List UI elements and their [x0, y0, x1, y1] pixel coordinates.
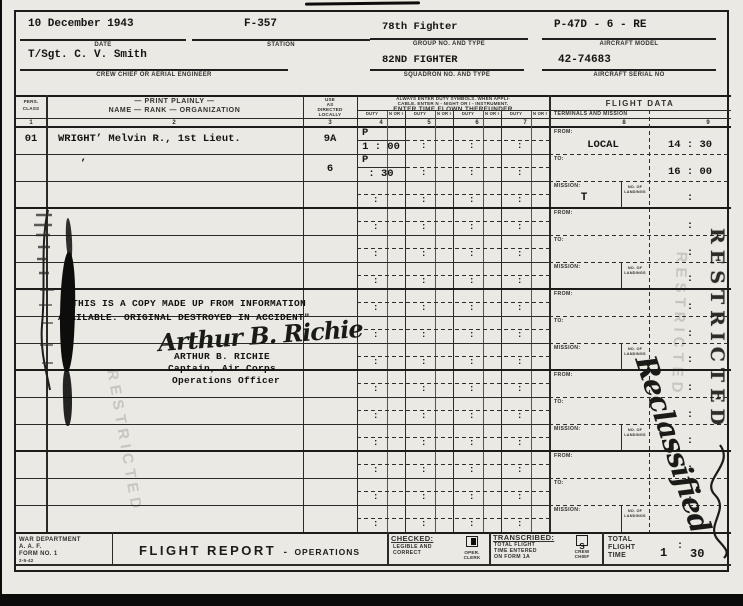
serial-value: 42-74683: [558, 55, 611, 66]
flight-mission-time: :: [649, 193, 731, 204]
footer-divider-4: [602, 532, 604, 564]
crew-chief-checkbox: S: [576, 535, 588, 546]
duty-subheader-0: DUTY: [357, 112, 387, 117]
total-label-3: TIME: [608, 552, 626, 560]
scanned-flight-report: 10 December 1943 DATE F-357 STATION 78th…: [0, 0, 743, 606]
oper-clerk-checkbox: [466, 536, 478, 547]
row-line-duty: [357, 478, 549, 479]
duty-cell-colon: :: [373, 331, 378, 340]
row-line-duty: [357, 343, 549, 344]
duty-cell-colon: :: [373, 250, 378, 259]
row-line-left: [16, 478, 357, 479]
duty-sub-divider-2: [483, 111, 484, 532]
pers-class-header-1: PERS.: [16, 99, 46, 104]
duty-pair-border-1: [453, 110, 454, 533]
flight-to-label: TO:: [554, 157, 564, 163]
date-underline: [20, 39, 186, 41]
duty-cell-colon: :: [421, 196, 426, 205]
landings-label-2: LANDINGS: [621, 433, 649, 437]
duty-cell-colon: :: [517, 493, 522, 502]
nori-subheader-1: N OR I: [435, 112, 453, 117]
duty-cell-colon: :: [517, 358, 522, 367]
model-underline: [542, 38, 716, 40]
duty-cell-colon: :: [373, 277, 378, 286]
station-underline: [192, 39, 370, 41]
print-plainly-header: — PRINT PLAINLY —: [46, 98, 303, 106]
row-line-duty: [357, 424, 549, 425]
landings-label-2: LANDINGS: [621, 271, 649, 275]
duty-cell-colon: :: [421, 520, 426, 529]
flight-mission-label: MISSION:: [554, 508, 580, 514]
war-dept-line1: WAR DEPARTMENT: [19, 537, 81, 544]
row-line-duty: [357, 262, 549, 263]
footer-divider-3: [489, 532, 491, 564]
duty-symbol-entry-2: P: [362, 155, 368, 166]
duty-sub-divider-0: [387, 111, 388, 532]
pilot-name-entry: WRIGHT’ Melvin R., 1st Lieut.: [58, 134, 241, 145]
pers-class-entry: 01: [16, 134, 46, 145]
war-dept-line4: 2-5-42: [19, 558, 33, 563]
column-number-8: 8: [614, 120, 634, 126]
duty-sub-divider-3: [531, 111, 532, 532]
duty-cell-colon: :: [469, 169, 474, 178]
table-top-line: [16, 95, 731, 97]
row-line-flight: [549, 316, 731, 317]
pers-class-header-2: CLASS: [16, 106, 46, 111]
block-boundary-line: [16, 369, 731, 371]
column-number-7: 7: [515, 120, 535, 126]
landings-label-1: NO. OF: [621, 428, 649, 432]
footer-divider-2: [387, 532, 389, 564]
column-number-2: 2: [164, 120, 184, 126]
flight-mission-label: MISSION:: [554, 184, 580, 190]
oper-clerk-checkbox-mark: [471, 538, 476, 545]
form-border: 10 December 1943 DATE F-357 STATION 78th…: [14, 10, 729, 572]
serial-label: AIRCRAFT SERIAL NO: [542, 72, 716, 79]
duty-cell-colon: :: [517, 277, 522, 286]
group-label: GROUP NO. AND TYPE: [370, 41, 528, 48]
crew-chief-label: CREW CHIEF OR AERIAL ENGINEER: [20, 72, 288, 79]
name-rank-header: NAME — RANK — ORGANIZATION: [46, 107, 303, 115]
duty-cell-colon: :: [421, 331, 426, 340]
duty-subheader-1: DUTY: [405, 112, 435, 117]
model-label: AIRCRAFT MODEL: [542, 41, 716, 48]
duty-symbol-entry-1: P: [362, 128, 368, 139]
duty-time-entry-1: 1 : 00: [357, 142, 405, 153]
landings-label-1: NO. OF: [621, 509, 649, 513]
duty-cell-colon: :: [517, 520, 522, 529]
station-value: F-357: [244, 19, 277, 30]
duty-pair-border-0: [405, 110, 406, 533]
squadron-label: SQUADRON NO. AND TYPE: [370, 72, 524, 79]
scan-artifact-top-dash: [305, 1, 420, 5]
duty-cell-colon: :: [469, 196, 474, 205]
landings-label-1: NO. OF: [621, 185, 649, 189]
flight-from-label: FROM:: [554, 130, 573, 136]
block-boundary-line: [16, 288, 731, 290]
landings-label-1: NO. OF: [621, 266, 649, 270]
duty-cell-colon: :: [373, 439, 378, 448]
duty-cell-colon: :: [517, 304, 522, 313]
duty-sub-divider-1: [435, 111, 436, 532]
date-label: DATE: [20, 42, 186, 49]
landings-label-2: LANDINGS: [621, 190, 649, 194]
duty-cell-colon: :: [421, 142, 426, 151]
war-dept-line2: A. A. F.: [19, 544, 42, 551]
duty-cell-colon: :: [421, 223, 426, 232]
nori-subheader-2: N OR I: [483, 112, 501, 117]
duty-time-entry-2: : 30: [357, 169, 405, 180]
column-border-3: [549, 95, 551, 532]
scan-edge-left: [0, 0, 2, 606]
flight-mission-label: MISSION:: [554, 427, 580, 433]
duty-cell-colon: :: [421, 277, 426, 286]
row-line-flight: [549, 181, 731, 182]
nori-subheader-0: N OR I: [387, 112, 405, 117]
flight-mission-label: MISSION:: [554, 346, 580, 352]
duty-cell-colon: :: [469, 331, 474, 340]
duty-cell-colon: :: [517, 250, 522, 259]
duty-cell-colon: :: [373, 520, 378, 529]
row-line-left: [16, 154, 357, 155]
column-number-1: 1: [21, 120, 41, 126]
row-line-duty: [357, 505, 549, 506]
use-code-entry-1: 9A: [303, 134, 357, 145]
footer-bottom-line: [16, 564, 731, 566]
duty-subheader-3: DUTY: [501, 112, 531, 117]
duty-cell-colon: :: [469, 493, 474, 502]
footer-top-line: [16, 532, 731, 534]
duty-cell-colon: :: [421, 466, 426, 475]
ditto-mark: ’: [80, 159, 86, 170]
row-line-flight: [549, 424, 731, 425]
duty-cell-colon: :: [421, 169, 426, 178]
row-line-duty: [357, 397, 549, 398]
duty-cell-colon: :: [421, 358, 426, 367]
duty-cell-colon: :: [373, 223, 378, 232]
flight-from-value: LOCAL: [557, 140, 649, 151]
column-number-6: 6: [467, 120, 487, 126]
duty-cell-colon: :: [421, 250, 426, 259]
transcribed-role2: CHIEF: [570, 554, 594, 559]
row-line-duty: [357, 181, 549, 182]
header-bottom-line: [16, 126, 731, 128]
duty-cell-colon: :: [469, 142, 474, 151]
signer-typed-name: ARTHUR B. RICHIE: [174, 352, 270, 362]
duty-cell-colon: :: [421, 439, 426, 448]
row-line-left: [16, 505, 357, 506]
serial-underline: [542, 69, 716, 71]
duty-pair-border-2: [501, 110, 502, 533]
checked-head: CHECKED:: [391, 535, 433, 544]
model-value: P-47D - 6 - RE: [554, 20, 646, 31]
signer-typed-rank: Captain, Air Corps: [168, 364, 276, 374]
group-underline: [370, 38, 528, 40]
duty-cell-colon: :: [373, 412, 378, 421]
checked-sub2: CORRECT: [393, 551, 421, 557]
nori-subheader-3: N OR I: [531, 112, 549, 117]
flight-to-label: TO:: [554, 400, 564, 406]
form-title: FLIGHT REPORT - OPERATIONS: [112, 542, 387, 560]
duty-cell-colon: :: [469, 358, 474, 367]
flight-to-time: 16 : 00: [649, 167, 731, 178]
duty-cell-colon: :: [373, 493, 378, 502]
duty-cell-colon: :: [469, 439, 474, 448]
flight-from-label: FROM:: [554, 211, 573, 217]
flight-from-label: FROM:: [554, 454, 573, 460]
column-number-3: 3: [320, 120, 340, 126]
duty-cell-colon: :: [469, 223, 474, 232]
duty-cell-colon: :: [517, 223, 522, 232]
duty-cell-colon: :: [517, 466, 522, 475]
column-number-4: 4: [371, 120, 391, 126]
landings-label-1: NO. OF: [621, 347, 649, 351]
flight-to-label: TO:: [554, 238, 564, 244]
crew-chief-underline: [20, 69, 288, 71]
restricted-stamp-dark: RESTRICTED: [706, 228, 728, 431]
duty-cell-colon: :: [421, 493, 426, 502]
duty-cell-colon: :: [469, 277, 474, 286]
use-code-entry-2: 6: [303, 164, 357, 175]
landings-label-2: LANDINGS: [621, 514, 649, 518]
total-hours: 1: [660, 547, 667, 559]
duty-cell-colon: :: [421, 304, 426, 313]
total-label-2: FLIGHT: [608, 544, 635, 552]
row-line-flight: [549, 343, 731, 344]
signer-typed-title: Operations Officer: [172, 376, 280, 386]
flight-to-label: TO:: [554, 319, 564, 325]
form-title-main: FLIGHT REPORT: [139, 543, 276, 558]
use-header-4: LOCALLY: [303, 112, 357, 117]
duty-cell-colon: :: [373, 466, 378, 475]
duty-cell-colon: :: [373, 196, 378, 205]
handwriting-flourish: [680, 440, 740, 560]
row-line-duty: [357, 316, 549, 317]
form-title-suffix: OPERATIONS: [294, 547, 360, 557]
flight-to-label: TO:: [554, 481, 564, 487]
date-value: 10 December 1943: [28, 19, 134, 30]
duty-cell-colon: :: [517, 331, 522, 340]
duty-cell-colon: :: [469, 520, 474, 529]
scan-edge-bottom: [0, 594, 743, 606]
duty-cell-colon: :: [469, 385, 474, 394]
form-title-sep: -: [284, 547, 287, 558]
copy-stamp-line1: THIS IS A COPY MADE UP FROM INFORMATION: [72, 299, 306, 309]
duty-cell-colon: :: [517, 412, 522, 421]
row-line-flight: [549, 262, 731, 263]
duty-cell-colon: :: [517, 385, 522, 394]
duty-cell-colon: :: [421, 385, 426, 394]
duty-cell-colon: :: [469, 412, 474, 421]
squadron-underline: [370, 69, 524, 71]
duty-cell-colon: :: [373, 385, 378, 394]
flight-from-label: FROM:: [554, 292, 573, 298]
row-line-flight: [549, 154, 731, 155]
duty-cell-colon: :: [469, 304, 474, 313]
duty-cell-colon: :: [421, 412, 426, 421]
checked-role2: CLERK: [460, 555, 484, 560]
duty-cell-colon: :: [517, 169, 522, 178]
duty-cell-colon: :: [469, 250, 474, 259]
terminals-header: TERMINALS AND MISSION: [554, 112, 627, 118]
flight-mission-label: MISSION:: [554, 265, 580, 271]
flight-from-label: FROM:: [554, 373, 573, 379]
war-dept-line3: FORM NO. 1: [19, 551, 58, 558]
row-line-flight: [549, 235, 731, 236]
column-number-5: 5: [419, 120, 439, 126]
duty-cell-colon: :: [373, 358, 378, 367]
flight-mission-value: T: [554, 193, 614, 204]
column-number-9: 9: [698, 120, 718, 126]
block-boundary-line: [16, 207, 731, 209]
total-label-1: TOTAL: [608, 536, 632, 544]
duty-cell-colon: :: [373, 304, 378, 313]
row-line-duty: [357, 235, 549, 236]
row-line-duty: [357, 154, 549, 155]
station-label: STATION: [192, 42, 370, 49]
duty-cell-colon: :: [469, 466, 474, 475]
row-line-left: [16, 181, 357, 182]
squadron-value: 82ND FIGHTER: [382, 55, 458, 66]
duty-cell-colon: :: [517, 196, 522, 205]
crew-chief-value: T/Sgt. C. V. Smith: [28, 50, 147, 61]
duty-cell-colon: :: [517, 439, 522, 448]
flight-from-time: 14 : 30: [649, 140, 731, 151]
group-value: 78th Fighter: [382, 22, 458, 33]
transcribed-sub3: ON FORM 1A: [494, 555, 530, 561]
flight-data-header: FLIGHT DATA: [549, 99, 731, 108]
duty-cell-colon: :: [517, 142, 522, 151]
duty-subheader-2: DUTY: [453, 112, 483, 117]
